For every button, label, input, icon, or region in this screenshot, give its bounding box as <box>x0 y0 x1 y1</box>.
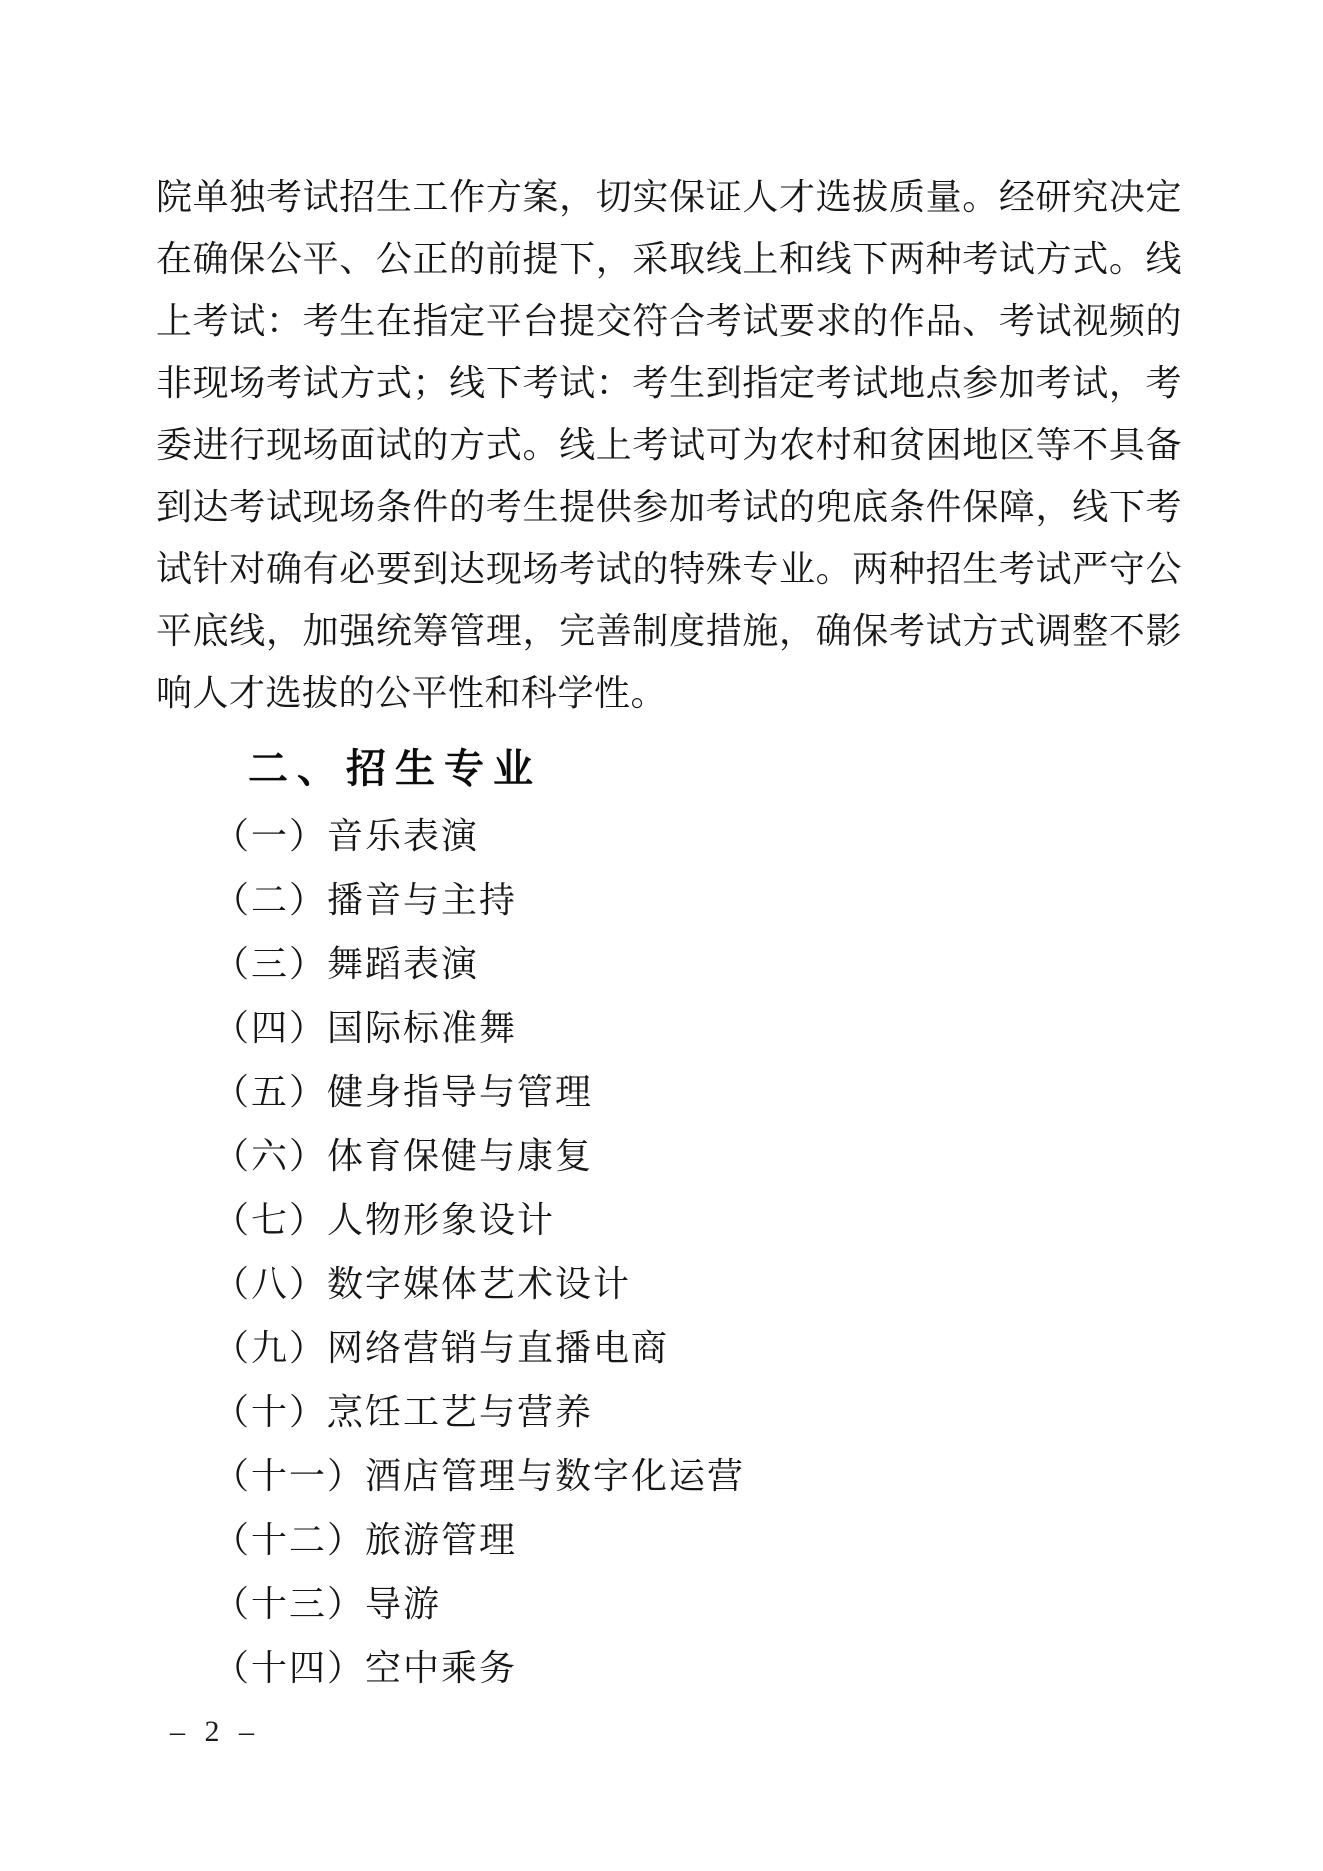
list-item: （三）舞蹈表演 <box>156 932 1182 996</box>
list-item: （十三）导游 <box>156 1572 1182 1636</box>
paragraph-line: 院单独考试招生工作方案，切实保证人才选拔质量。经研究决定 <box>156 166 1182 228</box>
list-item: （七）人物形象设计 <box>156 1188 1182 1252</box>
list-item: （四）国际标准舞 <box>156 996 1182 1060</box>
list-item: （五）健身指导与管理 <box>156 1060 1182 1124</box>
document-content: 院单独考试招生工作方案，切实保证人才选拔质量。经研究决定 在确保公平、公正的前提… <box>156 166 1182 1700</box>
paragraph-line: 在确保公平、公正的前提下，采取线上和线下两种考试方式。线 <box>156 228 1182 290</box>
list-item: （六）体育保健与康复 <box>156 1124 1182 1188</box>
list-item: （八）数字媒体艺术设计 <box>156 1252 1182 1316</box>
paragraph-line: 非现场考试方式；线下考试：考生到指定考试地点参加考试，考 <box>156 352 1182 414</box>
paragraph-line: 委进行现场面试的方式。线上考试可为农村和贫困地区等不具备 <box>156 414 1182 476</box>
paragraph-line: 平底线，加强统筹管理，完善制度措施，确保考试方式调整不影 <box>156 600 1182 662</box>
paragraph-line: 响人才选拔的公平性和科学性。 <box>156 662 1182 724</box>
list-item: （十）烹饪工艺与营养 <box>156 1380 1182 1444</box>
body-paragraph: 院单独考试招生工作方案，切实保证人才选拔质量。经研究决定 在确保公平、公正的前提… <box>156 166 1182 724</box>
paragraph-line: 试针对确有必要到达现场考试的特殊专业。两种招生考试严守公 <box>156 538 1182 600</box>
document-page: 院单独考试招生工作方案，切实保证人才选拔质量。经研究决定 在确保公平、公正的前提… <box>0 0 1323 1871</box>
page-number: – 2 – <box>170 1712 260 1752</box>
list-item: （十二）旅游管理 <box>156 1508 1182 1572</box>
paragraph-line: 到达考试现场条件的考生提供参加考试的兜底条件保障，线下考 <box>156 476 1182 538</box>
list-item: （九）网络营销与直播电商 <box>156 1316 1182 1380</box>
list-item: （二）播音与主持 <box>156 868 1182 932</box>
list-item: （十一）酒店管理与数字化运营 <box>156 1444 1182 1508</box>
major-list: （一）音乐表演 （二）播音与主持 （三）舞蹈表演 （四）国际标准舞 （五）健身指… <box>156 804 1182 1700</box>
paragraph-line: 上考试：考生在指定平台提交符合考试要求的作品、考试视频的 <box>156 290 1182 352</box>
list-item: （一）音乐表演 <box>156 804 1182 868</box>
section-heading: 二、招生专业 <box>156 738 1182 800</box>
list-item: （十四）空中乘务 <box>156 1636 1182 1700</box>
